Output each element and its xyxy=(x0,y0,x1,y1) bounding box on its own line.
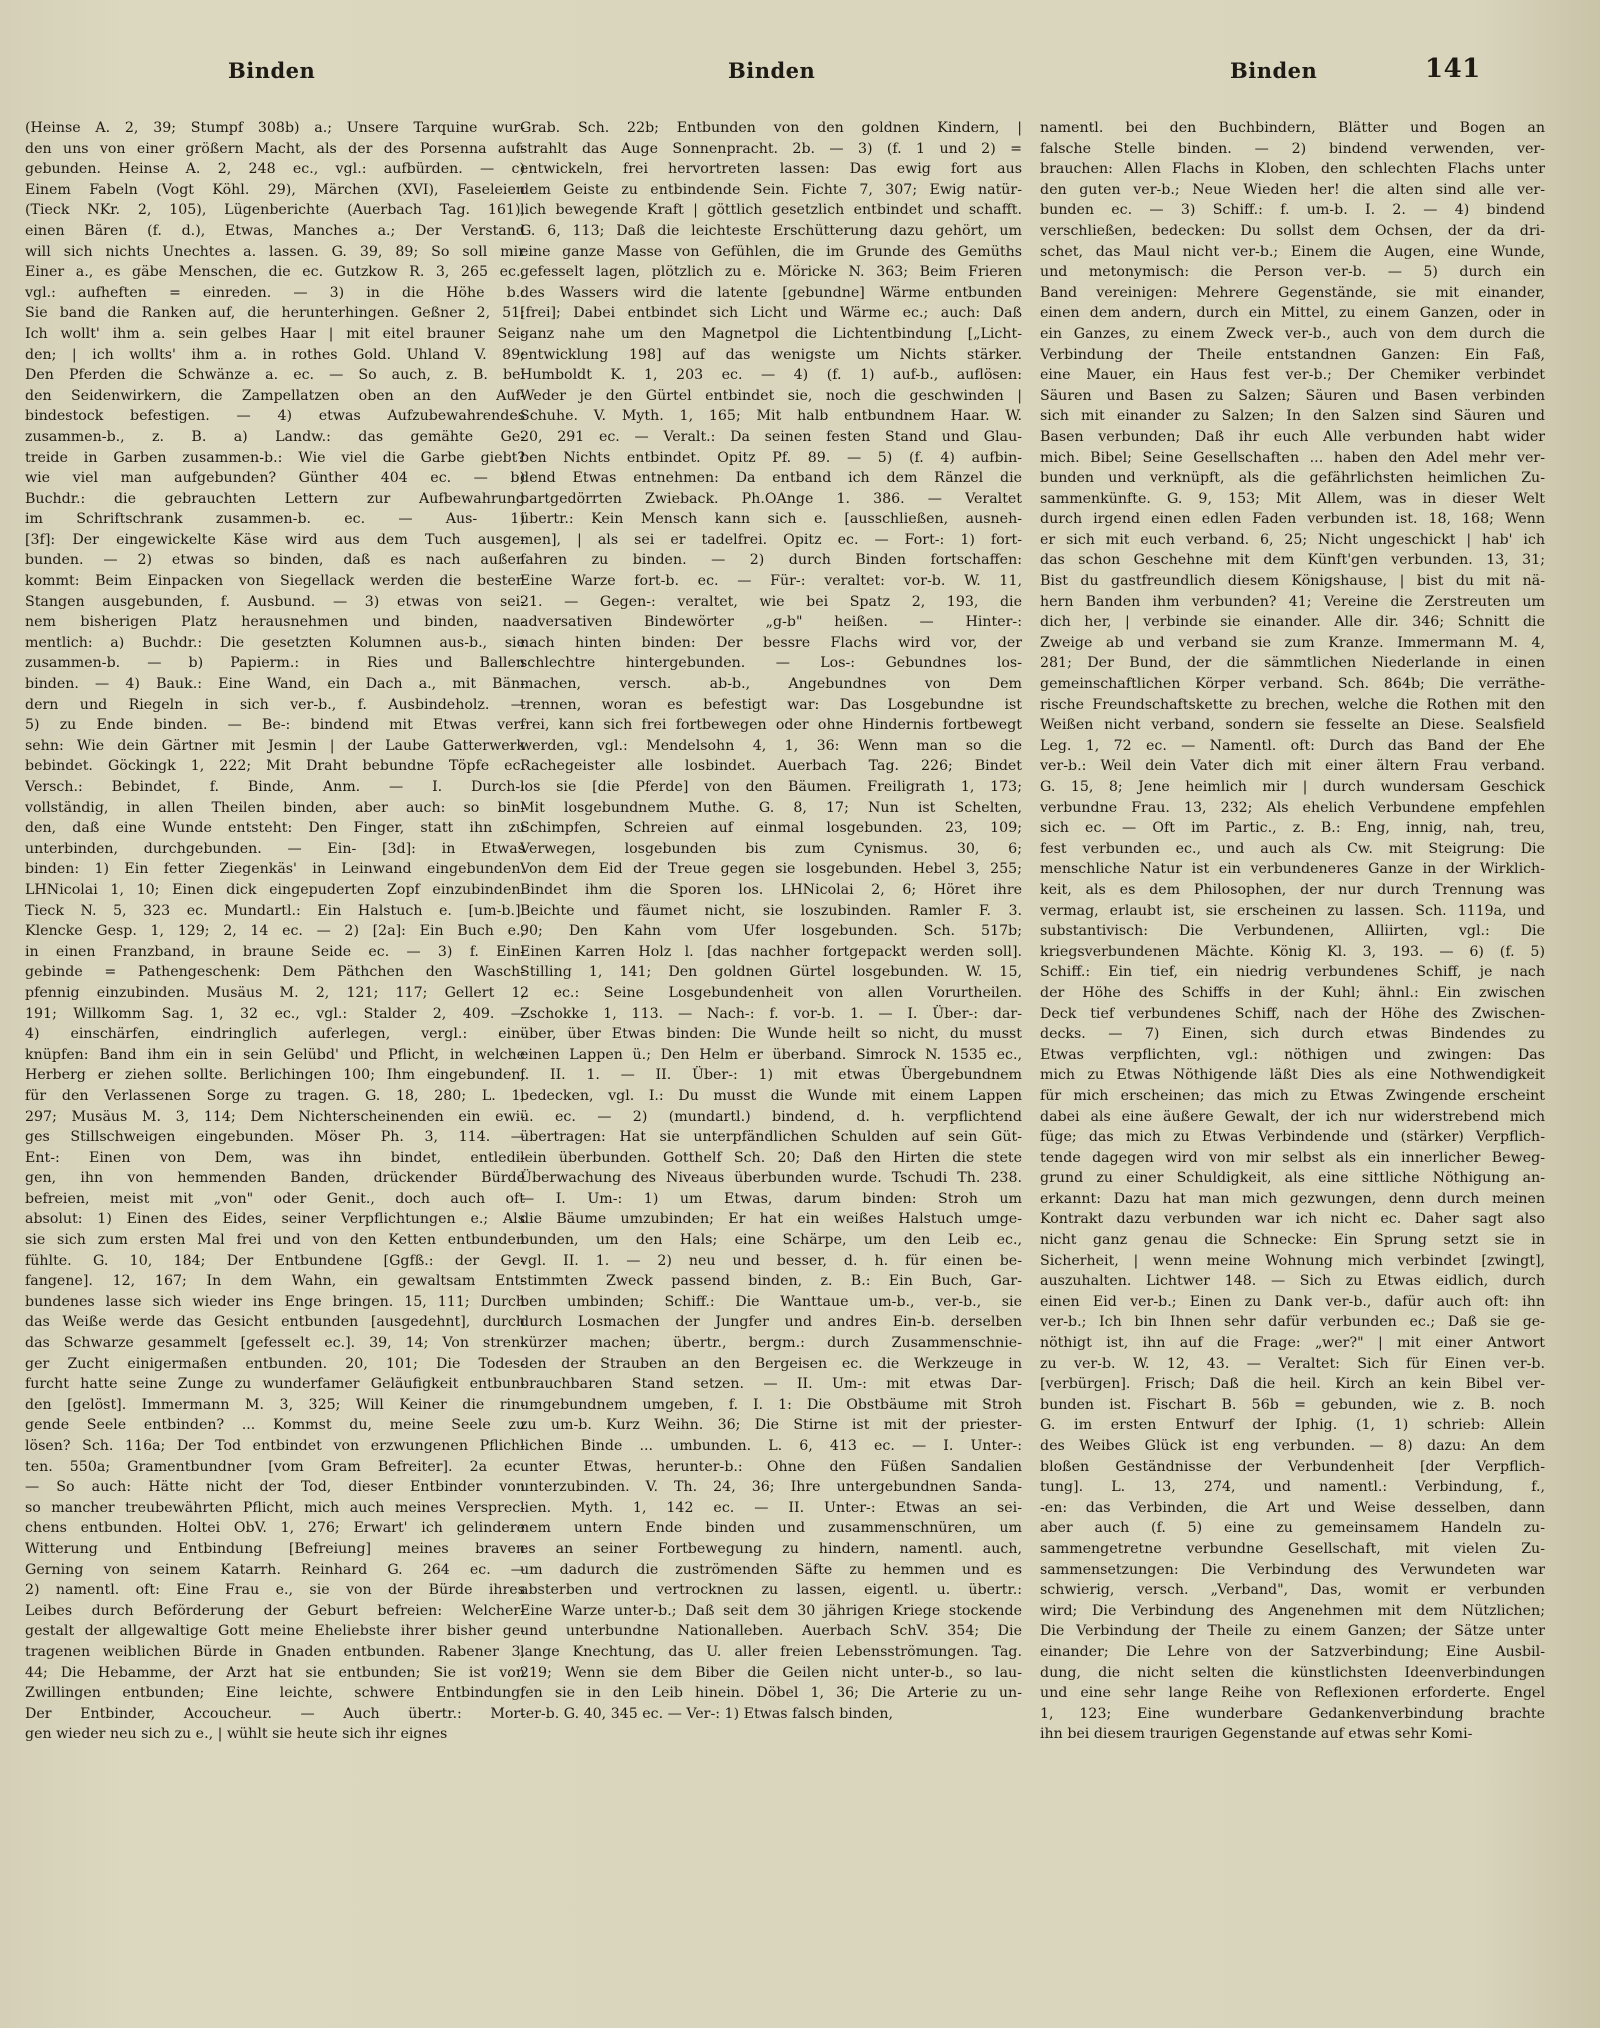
text-line: bebindet. Göckingk 1, 222; Mit Draht beb… xyxy=(25,756,525,777)
text-line: dern und Riegeln in sich ver-b., f. Ausb… xyxy=(25,695,525,716)
text-line: bloßen Geständnisse der Verbundenheit [d… xyxy=(1040,1457,1545,1478)
text-line: einen Lappen ü.; Den Helm er überband. S… xyxy=(520,1045,1022,1066)
text-line: ganz nahe um den Magnetpol die Lichtentb… xyxy=(520,324,1022,345)
text-line: bedecken, vgl. I.: Du musst die Wunde mi… xyxy=(520,1086,1022,1107)
text-line: für mich erscheinen; das mich zu Etwas Z… xyxy=(1040,1086,1545,1107)
text-line: füge; das mich zu Etwas Verbindende und … xyxy=(1040,1127,1545,1148)
text-line: Eine Warze fort-b. ec. — Für-: veraltet:… xyxy=(520,571,1022,592)
text-line: einen Eid ver-b.; Einen zu Dank ver-b., … xyxy=(1040,1292,1545,1313)
text-line: gen, ihn von hemmenden Banden, drückende… xyxy=(25,1168,525,1189)
text-line: 4) einschärfen, eindringlich auferlegen,… xyxy=(25,1024,525,1045)
text-line: fest verbunden ec., und auch als Cw. mit… xyxy=(1040,839,1545,860)
text-line: den; | ich wollts' ihm a. in rothes Gold… xyxy=(25,345,525,366)
text-line: Humboldt K. 1, 203 ec. — 4) (f. 1) auf-b… xyxy=(520,365,1022,386)
text-line: Schiff.: Ein tief, ein niedrig verbunden… xyxy=(1040,962,1545,983)
text-line: Herberg er ziehen sollte. Berlichingen 1… xyxy=(25,1065,525,1086)
text-line: die Bäume umzubinden; Er hat ein weißes … xyxy=(520,1209,1022,1230)
text-line: in einen Franzband, in braune Seide ec. … xyxy=(25,942,525,963)
dictionary-page: Binden Binden Binden 141 (Heinse A. 2, 3… xyxy=(0,0,1600,2028)
text-line: nem bisherigen Platz herausnehmen und bi… xyxy=(25,612,525,633)
text-line: den guten ver-b.; Neue Wieden her! die a… xyxy=(1040,180,1545,201)
text-line: Stilling 1, 141; Den goldnen Gürtel losg… xyxy=(520,962,1022,983)
text-line: sich mit einander zu Salzen; In den Salz… xyxy=(1040,406,1545,427)
text-line: G. 15, 8; Jene heimlich mir | durch wund… xyxy=(1040,777,1545,798)
text-line: ben Nichts entbindet. Opitz Pf. 89. — 5)… xyxy=(520,448,1022,469)
text-line: knüpfen: Band ihm ein in sein Gelübd' un… xyxy=(25,1045,525,1066)
text-line: sich ec. — Oft im Partic., z. B.: Eng, i… xyxy=(1040,818,1545,839)
text-line: Basen verbunden; Daß ihr euch Alle verbu… xyxy=(1040,427,1545,448)
text-line: Einem Fabeln (Vogt Köhl. 29), Märchen (X… xyxy=(25,180,525,201)
text-line: umgebundnem umgeben, f. I. 1: Die Obstbä… xyxy=(520,1395,1022,1416)
text-line: ein Ganzes, zu einem Zweck ver-b., auch … xyxy=(1040,324,1545,345)
text-line: werden, vgl.: Mendelsohn 4, 1, 36: Wenn … xyxy=(520,736,1022,757)
text-line: mich zu Etwas Nöthigende läßt Dies als e… xyxy=(1040,1065,1545,1086)
text-line: wie viel man aufgebunden? Günther 404 ec… xyxy=(25,468,525,489)
text-line: im Schriftschrank zusammen-b. ec. — Aus-… xyxy=(25,509,525,530)
text-line: sie sich zum ersten Mal frei und von den… xyxy=(25,1230,525,1251)
text-line: falsche Stelle binden. — 2) bindend verw… xyxy=(1040,139,1545,160)
text-line: [verbürgen]. Frisch; Daß die heil. Kirch… xyxy=(1040,1374,1545,1395)
running-head: Binden Binden Binden 141 xyxy=(0,58,1600,88)
text-line: und metonymisch: die Person ver-b. — 5) … xyxy=(1040,262,1545,283)
text-line: ger Zucht einigermaßen entbunden. 20, 10… xyxy=(25,1354,525,1375)
text-line: Verwegen, losgebunden bis zum Cynismus. … xyxy=(520,839,1022,860)
text-line: wird; Die Verbindung des Angenehmen mit … xyxy=(1040,1601,1545,1622)
text-line: übertragen: Hat sie unterpfändlichen Sch… xyxy=(520,1127,1022,1148)
text-line: sammenkünfte. G. 9, 153; Mit Allem, was … xyxy=(1040,489,1545,510)
text-line: schet, das Maul nicht ver-b.; Einem die … xyxy=(1040,242,1545,263)
text-line: lange Knechtung, das U. aller freien Leb… xyxy=(520,1642,1022,1663)
text-line: trennen, woran es befestigt war: Das Los… xyxy=(520,695,1022,716)
text-line: sehn: Wie dein Gärtner mit Jesmin | der … xyxy=(25,736,525,757)
text-line: zusammen-b., z. B. a) Landw.: das gemäht… xyxy=(25,427,525,448)
text-line: 20, 291 ec. — Veralt.: Da seinen festen … xyxy=(520,427,1022,448)
text-line: auszuhalten. Lichtwer 148. — Sich zu Etw… xyxy=(1040,1271,1545,1292)
text-line: den uns von einer größern Macht, als der… xyxy=(25,139,525,160)
text-line: hern Banden ihm verbunden? 41; Vereine d… xyxy=(1040,592,1545,613)
text-line: Weißen nicht verband, sondern sie fessel… xyxy=(1040,715,1545,736)
text-line: dich her, | verbinde sie einander. Alle … xyxy=(1040,612,1545,633)
text-line: ver-b.: Weil dein Vater dich mit einer ä… xyxy=(1040,756,1545,777)
text-line: substantivisch: Die Verbundenen, Alliirt… xyxy=(1040,921,1545,942)
text-line: menschliche Natur ist ein verbundeneres … xyxy=(1040,859,1545,880)
text-line: gen wieder neu sich zu e., | wühlt sie h… xyxy=(25,1724,525,1745)
text-line: den Seidenwirkern, die Zampellatzen oben… xyxy=(25,386,525,407)
text-line: das Schwarze gesammelt [gefesselt ec.]. … xyxy=(25,1333,525,1354)
text-line: nach hinten binden: Der bessre Flachs wi… xyxy=(520,633,1022,654)
text-line: Tieck N. 5, 323 ec. Mundartl.: Ein Halst… xyxy=(25,901,525,922)
text-line: durch irgend einen edlen Faden verbunden… xyxy=(1040,509,1545,530)
text-line: — So auch: Hätte nicht der Tod, dieser E… xyxy=(25,1477,525,1498)
text-line: Stangen ausgebunden, f. Ausbund. — 3) et… xyxy=(25,592,525,613)
text-line: verschließen, bedecken: Du sollst dem Oc… xyxy=(1040,221,1545,242)
text-line: ten. 550a; Gramentbundner [vom Gram Befr… xyxy=(25,1457,525,1478)
text-line: den [gelöst]. Immermann M. 3, 325; Will … xyxy=(25,1395,525,1416)
text-line: 191; Willkomm Sag. 1, 32 ec., vgl.: Stal… xyxy=(25,1004,525,1025)
text-line: keit, als es dem Philosophen, der nur du… xyxy=(1040,880,1545,901)
text-line: Schimpfen, Schreien auf einmal losgebund… xyxy=(520,818,1022,839)
text-line: treide in Garben zusammen-b.: Wie viel d… xyxy=(25,448,525,469)
text-line: eine ganze Masse von Gefühlen, die im Gr… xyxy=(520,242,1022,263)
text-line: ter-b. G. 40, 345 ec. — Ver-: 1) Etwas f… xyxy=(520,1704,1022,1725)
text-line: brauchen: Allen Flachs in Kloben, den sc… xyxy=(1040,159,1545,180)
text-line: das Weiße werde das Gesicht entbunden [a… xyxy=(25,1312,525,1333)
text-line: (Tieck NKr. 2, 105), Lügenberichte (Auer… xyxy=(25,200,525,221)
text-line: den der Strauben an den Bergeisen ec. di… xyxy=(520,1354,1022,1375)
text-line: LHNicolai 1, 10; Einen dick eingepuderte… xyxy=(25,880,525,901)
text-line: Schuhe. V. Myth. 1, 165; Mit halb entbun… xyxy=(520,406,1022,427)
text-line: Gerning von seinem Katarrh. Reinhard G. … xyxy=(25,1560,525,1581)
text-line: entwickeln, frei hervortreten lassen: Da… xyxy=(520,159,1022,180)
text-line: bunden und verknüpft, als die gefährlich… xyxy=(1040,468,1545,489)
text-line: vollständig, in allen Theilen binden, ab… xyxy=(25,798,525,819)
text-line: bindestock befestigen. — 4) etwas Aufzub… xyxy=(25,406,525,427)
text-line: 1, 123; Eine wunderbare Gedankenverbindu… xyxy=(1040,1704,1545,1725)
text-line: Den Pferden die Schwänze a. ec. — So auc… xyxy=(25,365,525,386)
running-head-left: Binden xyxy=(228,58,315,83)
text-line: 281; Der Bund, der die sämmtlichen Niede… xyxy=(1040,653,1545,674)
text-line: -en: das Verbinden, die Art und Weise de… xyxy=(1040,1498,1545,1519)
text-line: [frei]; Dabei entbindet sich Licht und W… xyxy=(520,303,1022,324)
text-line: kommt: Beim Einpacken von Siegellack wer… xyxy=(25,571,525,592)
text-line: über, über Etwas binden: Die Wunde heilt… xyxy=(520,1024,1022,1045)
text-line: Beichte und fäumet nicht, sie loszubinde… xyxy=(520,901,1022,922)
text-line: das schon Geschehne mit dem Künft'gen ve… xyxy=(1040,550,1545,571)
text-line: lich bewegende Kraft | göttlich gesetzli… xyxy=(520,200,1022,221)
text-line: Klencke Gesp. 1, 129; 2, 14 ec. — 2) [2a… xyxy=(25,921,525,942)
text-line: [3f]: Der eingewickelte Käse wird aus de… xyxy=(25,530,525,551)
text-line: men], | als sei er tadelfrei. Opitz ec. … xyxy=(520,530,1022,551)
text-line: einen Bären (f. d.), Etwas, Manches a.; … xyxy=(25,221,525,242)
text-line: der Höhe des Schiffs in der Kuhl; ähnl.:… xyxy=(1040,983,1545,1004)
text-line: — I. Um-: 1) um Etwas, darum binden: Str… xyxy=(520,1189,1022,1210)
text-line: verbundne Frau. 13, 232; Als ehelich Ver… xyxy=(1040,798,1545,819)
text-line: Säuren und Basen zu Salzen; Säuren und B… xyxy=(1040,386,1545,407)
text-line: nem untern Ende binden und zusammenschnü… xyxy=(520,1518,1022,1539)
text-line: kriegsverbundenen Mächte. König Kl. 3, 1… xyxy=(1040,942,1545,963)
text-line: sammensetzungen: Die Verbindung des Verw… xyxy=(1040,1560,1545,1581)
text-line: f. II. 1. — II. Über-: 1) mit etwas Über… xyxy=(520,1065,1022,1086)
text-line: eine Mauer, ein Haus fest ver-b.; Der Ch… xyxy=(1040,365,1545,386)
text-line: Überwachung des Niveaus überbunden wurde… xyxy=(520,1168,1022,1189)
text-line: Verbindung der Theile entstandnen Ganzen… xyxy=(1040,345,1545,366)
text-line: und unterbundne Nationalleben. Auerbach … xyxy=(520,1621,1022,1642)
text-line: dabei als eine äußere Gewalt, der ich nu… xyxy=(1040,1107,1545,1128)
text-line: binden. — 4) Bauk.: Eine Wand, ein Dach … xyxy=(25,674,525,695)
text-column-center: Grab. Sch. 22b; Entbunden von den goldne… xyxy=(520,118,1022,1724)
text-line: einen dem andern, durch ein Mittel, zu e… xyxy=(1040,303,1545,324)
text-line: Zweige ab und verband sie zum Kranze. Im… xyxy=(1040,633,1545,654)
text-line: ihn bei diesem traurigen Gegenstande auf… xyxy=(1040,1724,1545,1745)
text-line: vermag, erlaubt ist, sie erscheinen zu l… xyxy=(1040,901,1545,922)
text-line: fangene]. 12, 167; In dem Wahn, ein gewa… xyxy=(25,1271,525,1292)
page-number: 141 xyxy=(1425,54,1481,84)
text-line: erkannt: Dazu hat man mich gezwungen, de… xyxy=(1040,1189,1545,1210)
text-line: fühlte. G. 10, 184; Der Entbundene [Ggfß… xyxy=(25,1251,525,1272)
text-line: lösen? Sch. 116a; Der Tod entbindet von … xyxy=(25,1436,525,1457)
text-line: 2 ec.: Seine Losgebundenheit von allen V… xyxy=(520,983,1022,1004)
text-line: machen, versch. ab-b., Angebundnes von D… xyxy=(520,674,1022,695)
text-line: decks. — 7) Einen, sich durch etwas Bind… xyxy=(1040,1024,1545,1045)
text-line: Eine Warze unter-b.; Daß seit dem 30 jäh… xyxy=(520,1601,1022,1622)
text-line: 297; Musäus M. 3, 114; Dem Nichterschein… xyxy=(25,1107,525,1128)
text-line: Bindet ihm die Sporen los. LHNicolai 2, … xyxy=(520,880,1022,901)
text-line: strahlt das Auge Sonnenpracht. 2b. — 3) … xyxy=(520,139,1022,160)
text-line: befreien, meist mit „von" oder Genit., d… xyxy=(25,1189,525,1210)
text-line: schwierig, versch. „Verband", Das, womit… xyxy=(1040,1580,1545,1601)
text-column-left: (Heinse A. 2, 39; Stumpf 308b) a.; Unser… xyxy=(25,118,525,1745)
text-line: aber auch (f. 5) eine zu gemeinsamem Han… xyxy=(1040,1518,1545,1539)
text-line: unter Etwas, herunter-b.: Ohne den Füßen… xyxy=(520,1457,1022,1478)
text-line: absterben und vertrocknen zu lassen, eig… xyxy=(520,1580,1022,1601)
text-line: sammengetretne verbundne Gesellschaft, m… xyxy=(1040,1539,1545,1560)
text-line: nicht ganz genau die Schnecke: Ein Sprun… xyxy=(1040,1230,1545,1251)
text-line: Der Entbinder, Accoucheur. — Auch übertr… xyxy=(25,1704,525,1725)
text-line: Die Verbindung der Theile zu einem Ganze… xyxy=(1040,1621,1545,1642)
text-line: dung, die nicht selten die künstlichsten… xyxy=(1040,1663,1545,1684)
text-line: Ich wollt' ihm a. sein gelbes Haar | mit… xyxy=(25,324,525,345)
text-line: 44; Die Hebamme, der Arzt hat sie entbun… xyxy=(25,1663,525,1684)
text-line: Band vereinigen: Mehrere Gegenstände, si… xyxy=(1040,283,1545,304)
text-line: furcht hatte seine Zunge zu wunderfamer … xyxy=(25,1374,525,1395)
text-line: Ent-: Einen von Dem, was ihn bindet, ent… xyxy=(25,1148,525,1169)
text-line: Deck tief verbundenes Schiff, nach der H… xyxy=(1040,1004,1545,1025)
text-line: einander; Die Lehre von der Satzverbindu… xyxy=(1040,1642,1545,1663)
text-line: kürzer machen; übertr., bergm.: durch Zu… xyxy=(520,1333,1022,1354)
text-line: Versch.: Bebindet, f. Binde, Anm. — I. D… xyxy=(25,777,525,798)
text-line: Grab. Sch. 22b; Entbunden von den goldne… xyxy=(520,118,1022,139)
text-line: Rachegeister alle losbindet. Auerbach Ta… xyxy=(520,756,1022,777)
running-head-right: Binden xyxy=(1230,58,1317,83)
text-line: Von dem Eid der Treue gegen sie losgebun… xyxy=(520,859,1022,880)
text-column-right: namentl. bei den Buchbindern, Blätter un… xyxy=(1040,118,1545,1745)
text-line: Sie band die Ranken auf, die herunterhin… xyxy=(25,303,525,324)
text-line: bunden, um den Hals; eine Schärpe, um de… xyxy=(520,1230,1022,1251)
text-line: Bist du gastfreundlich diesem Königshaus… xyxy=(1040,571,1545,592)
text-line: 5) zu Ende binden. — Be-: bindend mit Et… xyxy=(25,715,525,736)
text-line: so mancher treubewährten Pflicht, mich a… xyxy=(25,1498,525,1519)
text-line: tende dagegen wird von mir selbst als ei… xyxy=(1040,1148,1545,1169)
text-line: schlechtre hintergebunden. — Los-: Gebun… xyxy=(520,653,1022,674)
text-line: Leg. 1, 72 ec. — Namentl. oft: Durch das… xyxy=(1040,736,1545,757)
text-line: ü. ec. — 2) (mundartl.) bindend, d. h. v… xyxy=(520,1107,1022,1128)
text-line: Etwas verpflichten, vgl.: nöthigen und z… xyxy=(1040,1045,1545,1066)
text-line: ver-b.; Ich bin Ihnen sehr dafür verbund… xyxy=(1040,1312,1545,1333)
text-line: vgl. II. 1. — 2) neu und besser, d. h. f… xyxy=(520,1251,1022,1272)
text-line: bartgedörrten Zwieback. Ph.OAnge 1. 386.… xyxy=(520,489,1022,510)
text-line: Buchdr.: die gebrauchten Lettern zur Auf… xyxy=(25,489,525,510)
text-line: lien. Myth. 1, 142 ec. — II. Unter-: Etw… xyxy=(520,1498,1022,1519)
text-line: mich. Bibel; Seine Gesellschaften ... ha… xyxy=(1040,448,1545,469)
text-line: ben umbinden; Schiff.: Die Wanttaue um-b… xyxy=(520,1292,1022,1313)
text-line: dend Etwas entnehmen: Da entband ich dem… xyxy=(520,468,1022,489)
text-line: und eine sehr lange Reihe von Reflexione… xyxy=(1040,1683,1545,1704)
text-line: bundenes lasse sich wieder ins Enge brin… xyxy=(25,1292,525,1313)
text-line: Leibes durch Beförderung der Geburt befr… xyxy=(25,1601,525,1622)
text-line: für den Verlassenen Sorge zu tragen. G. … xyxy=(25,1086,525,1107)
text-line: entwicklung 198] auf das wenigste um Nic… xyxy=(520,345,1022,366)
text-line: dem Geiste zu entbindende Sein. Fichte 7… xyxy=(520,180,1022,201)
text-line: gebunden. Heinse A. 2, 248 ec., vgl.: au… xyxy=(25,159,525,180)
text-line: lein überbunden. Gotthelf Sch. 20; Daß d… xyxy=(520,1148,1022,1169)
text-line: stimmten Zweck passend binden, z. B.: Ei… xyxy=(520,1271,1022,1292)
text-line: des Weibes Glück ist eng verbunden. — 8)… xyxy=(1040,1436,1545,1457)
text-line: bunden ec. — 3) Schiff.: f. um-b. I. 2. … xyxy=(1040,200,1545,221)
text-line: 90; Den Kahn vom Ufer losgebunden. Sch. … xyxy=(520,921,1022,942)
text-line: gefesselt lagen, plötzlich zu e. Möricke… xyxy=(520,262,1022,283)
text-line: G. 6, 113; Daß die leichteste Erschütter… xyxy=(520,221,1022,242)
text-line: grund zu einer Schuldigkeit, als eine si… xyxy=(1040,1168,1545,1189)
text-line: Zwillingen entbunden; Eine leichte, schw… xyxy=(25,1683,525,1704)
text-line: unterzubinden. V. Th. 24, 36; Ihre unter… xyxy=(520,1477,1022,1498)
text-line: 2) namentl. oft: Eine Frau e., sie von d… xyxy=(25,1580,525,1601)
text-line: namentl. bei den Buchbindern, Blätter un… xyxy=(1040,118,1545,139)
text-line: binden: 1) Ein fetter Ziegenkäs' in Lein… xyxy=(25,859,525,880)
text-line: absolut: 1) Einen des Eides, seiner Verp… xyxy=(25,1209,525,1230)
text-line: (Heinse A. 2, 39; Stumpf 308b) a.; Unser… xyxy=(25,118,525,139)
text-line: brauchbaren Stand setzen. — II. Um-: mit… xyxy=(520,1374,1022,1395)
text-line: um dadurch die zuströmenden Säfte zu hem… xyxy=(520,1560,1022,1581)
text-line: tragenen weiblichen Bürde in Gnaden entb… xyxy=(25,1642,525,1663)
text-line: zusammen-b. — b) Papierm.: in Ries und B… xyxy=(25,653,525,674)
text-line: vgl.: aufheften = einreden. — 3) in die … xyxy=(25,283,525,304)
text-line: Sicherheit, | wenn meine Wohnung mich ve… xyxy=(1040,1251,1545,1272)
text-line: los sie [die Pferde] von den Bäumen. Fre… xyxy=(520,777,1022,798)
text-line: zu ver-b. W. 12, 43. — Veraltet: Sich fü… xyxy=(1040,1354,1545,1375)
text-line: übertr.: Kein Mensch kann sich e. [aussc… xyxy=(520,509,1022,530)
text-line: Zschokke 1, 113. — Nach-: f. vor-b. 1. —… xyxy=(520,1004,1022,1025)
text-line: chens entbunden. Holtei ObV. 1, 276; Erw… xyxy=(25,1518,525,1539)
text-line: den, daß eine Wunde entsteht: Den Finger… xyxy=(25,818,525,839)
text-line: rische Freundschaftskette zu brechen, we… xyxy=(1040,695,1545,716)
text-line: fen sie in den Leib hinein. Döbel 1, 36;… xyxy=(520,1683,1022,1704)
text-line: bunden. — 2) etwas so binden, daß es nac… xyxy=(25,550,525,571)
text-line: gende Seele entbinden? ... Kommst du, me… xyxy=(25,1415,525,1436)
text-line: 21. — Gegen-: veraltet, wie bei Spatz 2,… xyxy=(520,592,1022,613)
text-line: durch Losmachen der Jungfer und andres E… xyxy=(520,1312,1022,1333)
text-line: will sich nichts Unechtes a. lassen. G. … xyxy=(25,242,525,263)
text-line: nöthigt ist, ihn auf die Frage: „wer?" |… xyxy=(1040,1333,1545,1354)
text-line: es an seiner Fortbewegung zu hindern, na… xyxy=(520,1539,1022,1560)
running-head-center: Binden xyxy=(728,58,815,83)
text-line: Mit losgebundnem Muthe. G. 8, 17; Nun is… xyxy=(520,798,1022,819)
text-line: zu um-b. Kurz Weihn. 36; Die Stirne ist … xyxy=(520,1415,1022,1436)
text-line: adversativen Bindewörter „g-b" heißen. —… xyxy=(520,612,1022,633)
text-line: pfennig einzubinden. Musäus M. 2, 121; 1… xyxy=(25,983,525,1004)
text-line: lichen Binde ... umbunden. L. 6, 413 ec.… xyxy=(520,1436,1022,1457)
text-line: gemeinschaftlichen Körper verband. Sch. … xyxy=(1040,674,1545,695)
text-line: unterbinden, durchgebunden. — Ein- [3d]:… xyxy=(25,839,525,860)
text-line: Weder je den Gürtel entbindet sie, noch … xyxy=(520,386,1022,407)
text-line: bunden ist. Fischart B. 56b = gebunden, … xyxy=(1040,1395,1545,1416)
text-line: frei, kann sich frei fortbewegen oder oh… xyxy=(520,715,1022,736)
text-line: Kontrakt dazu verbunden war ich nicht ec… xyxy=(1040,1209,1545,1230)
text-line: Witterung und Entbindung [Befreiung] mei… xyxy=(25,1539,525,1560)
text-line: Einen Karren Holz l. [das nachher fortge… xyxy=(520,942,1022,963)
text-line: fahren zu binden. — 2) durch Binden fort… xyxy=(520,550,1022,571)
text-line: tung]. L. 13, 274, und namentl.: Verbind… xyxy=(1040,1477,1545,1498)
text-line: gebinde = Pathengeschenk: Dem Päthchen d… xyxy=(25,962,525,983)
text-line: ges Stillschweigen eingebunden. Möser Ph… xyxy=(25,1127,525,1148)
text-line: Einer a., es gäbe Menschen, die ec. Gutz… xyxy=(25,262,525,283)
text-line: gestalt der allgewaltige Gott meine Ehel… xyxy=(25,1621,525,1642)
text-line: des Wassers wird die latente [gebundne] … xyxy=(520,283,1022,304)
text-line: G. im ersten Entwurf der Iphig. (1, 1) s… xyxy=(1040,1415,1545,1436)
text-line: mentlich: a) Buchdr.: Die gesetzten Kolu… xyxy=(25,633,525,654)
text-line: 219; Wenn sie dem Biber die Geilen nicht… xyxy=(520,1663,1022,1684)
text-line: er sich mit euch verband. 6, 25; Nicht u… xyxy=(1040,530,1545,551)
